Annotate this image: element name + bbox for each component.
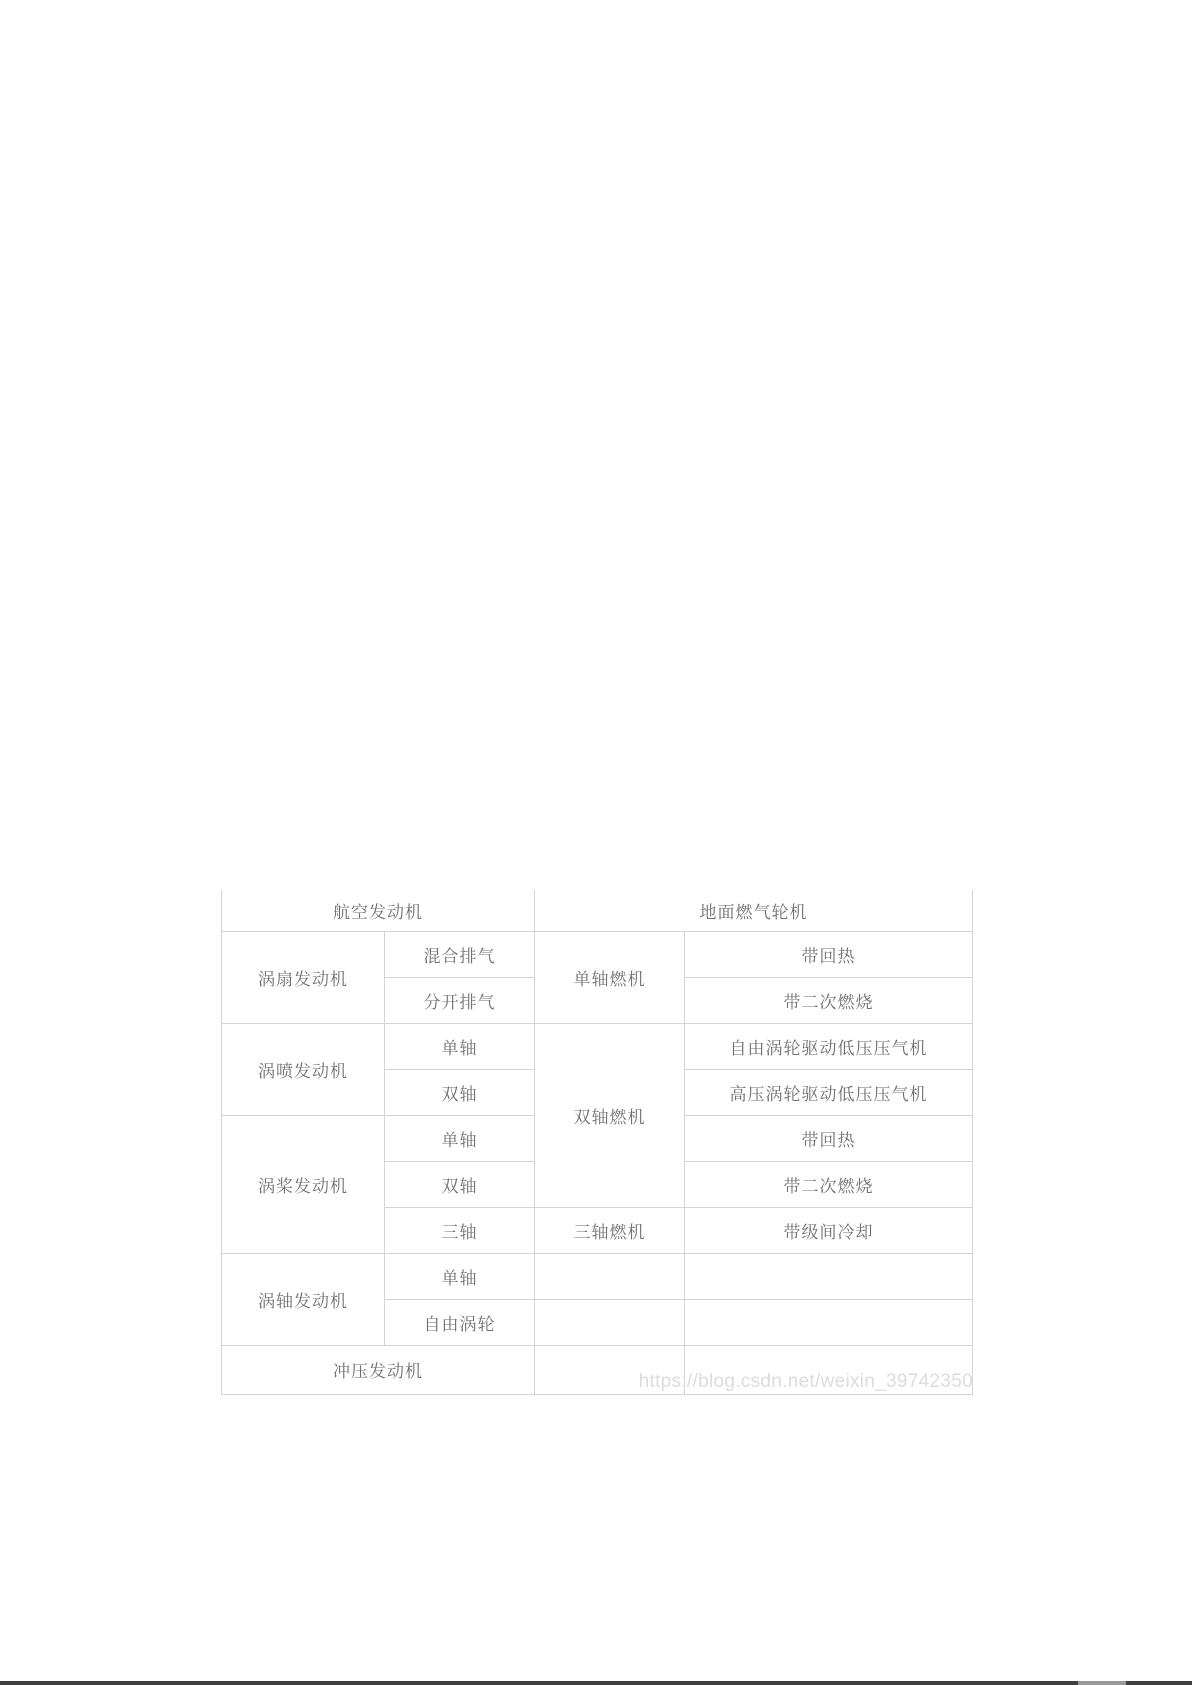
cell-turbojet-twin-shaft: 双轴 [385, 1069, 535, 1115]
cell-turboprop: 涡桨发动机 [222, 1115, 385, 1253]
cell-with-intercooling: 带级间冷却 [685, 1207, 973, 1253]
table-row: 涡轴发动机 单轴 [222, 1253, 973, 1299]
cell-turboshaft: 涡轴发动机 [222, 1253, 385, 1345]
table-row: 涡喷发动机 单轴 双轴燃机 自由涡轮驱动低压压气机 [222, 1023, 973, 1069]
cell-turboprop-triple-shaft: 三轴 [385, 1207, 535, 1253]
empty-cell [535, 1299, 685, 1345]
page-canvas: 航空发动机 地面燃气轮机 涡扇发动机 混合排气 单轴燃机 带回热 分开排气 带二… [0, 0, 1192, 1685]
bottom-window-edge [0, 1681, 1192, 1685]
cell-turboprop-twin-shaft: 双轴 [385, 1161, 535, 1207]
cell-ramjet: 冲压发动机 [222, 1345, 535, 1394]
scrollbar-thumb[interactable] [1078, 1681, 1126, 1685]
cell-with-second-combustion-1: 带二次燃烧 [685, 977, 973, 1023]
cell-turbojet-single-shaft: 单轴 [385, 1023, 535, 1069]
cell-hp-turbine-drives-lp-compressor: 高压涡轮驱动低压压气机 [685, 1069, 973, 1115]
cell-free-turbine-drives-lp-compressor: 自由涡轮驱动低压压气机 [685, 1023, 973, 1069]
table-row: 冲压发动机 [222, 1345, 973, 1394]
cell-separate-exhaust: 分开排气 [385, 977, 535, 1023]
cell-turbofan: 涡扇发动机 [222, 931, 385, 1023]
cell-turbojet: 涡喷发动机 [222, 1023, 385, 1115]
cell-with-recuperation-1: 带回热 [685, 931, 973, 977]
cell-with-recuperation-2: 带回热 [685, 1115, 973, 1161]
empty-cell [685, 1253, 973, 1299]
engine-classification-table: 航空发动机 地面燃气轮机 涡扇发动机 混合排气 单轴燃机 带回热 分开排气 带二… [221, 890, 973, 1395]
cell-twin-shaft-gas-turbine: 双轴燃机 [535, 1023, 685, 1207]
cell-free-turbine: 自由涡轮 [385, 1299, 535, 1345]
cell-turboshaft-single-shaft: 单轴 [385, 1253, 535, 1299]
cell-turboprop-single-shaft: 单轴 [385, 1115, 535, 1161]
table-header-row: 航空发动机 地面燃气轮机 [222, 890, 973, 931]
empty-cell [535, 1253, 685, 1299]
cell-mixed-exhaust: 混合排气 [385, 931, 535, 977]
header-ground-gas-turbines: 地面燃气轮机 [535, 890, 973, 931]
table-row: 涡扇发动机 混合排气 单轴燃机 带回热 [222, 931, 973, 977]
cell-single-shaft-gas-turbine: 单轴燃机 [535, 931, 685, 1023]
empty-cell [685, 1345, 973, 1394]
header-aero-engines: 航空发动机 [222, 890, 535, 931]
empty-cell [535, 1345, 685, 1394]
cell-with-second-combustion-2: 带二次燃烧 [685, 1161, 973, 1207]
cell-triple-shaft-gas-turbine: 三轴燃机 [535, 1207, 685, 1253]
empty-cell [685, 1299, 973, 1345]
